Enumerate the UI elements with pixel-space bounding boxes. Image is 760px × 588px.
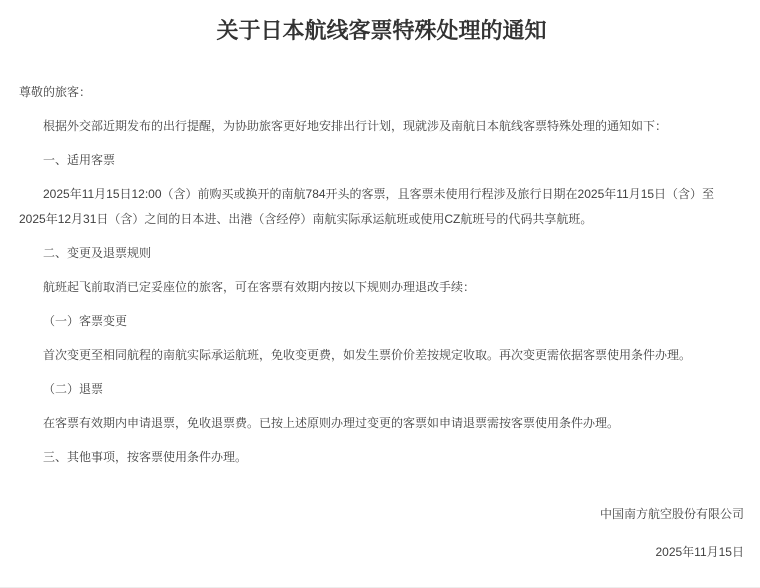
section3-paragraph: 三、其他事项，按客票使用条件办理。	[19, 445, 744, 470]
signature-date: 2025年11月15日	[19, 540, 744, 565]
notice-document: 关于日本航线客票特殊处理的通知 尊敬的旅客： 根据外交部近期发布的出行提醒，为协…	[0, 0, 760, 565]
salutation: 尊敬的旅客：	[19, 80, 744, 105]
section2-intro: 航班起飞前取消已定妥座位的旅客，可在客票有效期内按以下规则办理退改手续：	[19, 275, 744, 300]
subsection2-heading: （二）退票	[19, 377, 744, 402]
signature-block: 中国南方航空股份有限公司 2025年11月15日	[19, 502, 744, 565]
section2-heading: 二、变更及退票规则	[19, 241, 744, 266]
section1-heading: 一、适用客票	[19, 148, 744, 173]
subsection2-body: 在客票有效期内申请退票，免收退票费。已按上述原则办理过变更的客票如申请退票需按客…	[19, 411, 744, 436]
page-title: 关于日本航线客票特殊处理的通知	[19, 18, 744, 44]
notice-page: 关于日本航线客票特殊处理的通知 尊敬的旅客： 根据外交部近期发布的出行提醒，为协…	[0, 0, 760, 588]
section1-body-line2: 2025年12月31日（含）之间的日本进、出港（含经停）南航实际承运航班或使用C…	[19, 207, 744, 232]
subsection1-heading: （一）客票变更	[19, 309, 744, 334]
subsection1-body: 首次变更至相同航程的南航实际承运航班，免收变更费，如发生票价价差按规定收取。再次…	[19, 343, 744, 368]
intro-paragraph: 根据外交部近期发布的出行提醒，为协助旅客更好地安排出行计划，现就涉及南航日本航线…	[19, 114, 744, 139]
section1-body-line1: 2025年11月15日12:00（含）前购买或换开的南航784开头的客票，且客票…	[19, 182, 744, 207]
signature-company: 中国南方航空股份有限公司	[19, 502, 744, 527]
